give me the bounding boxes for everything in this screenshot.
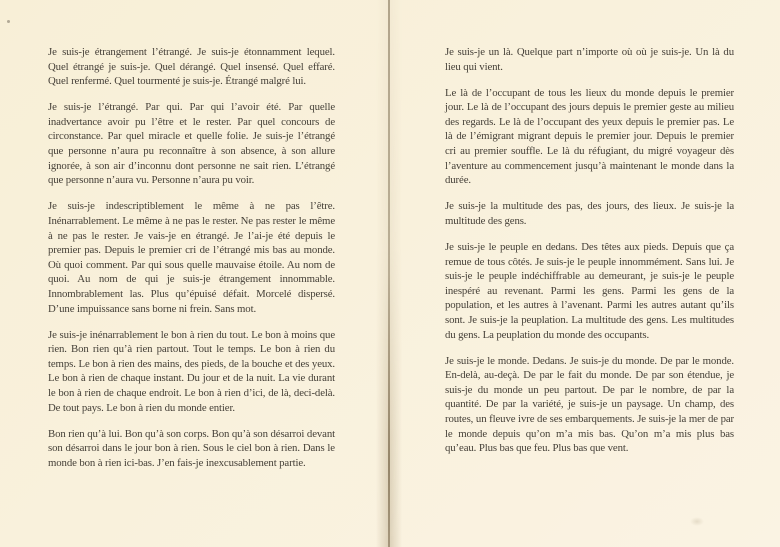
right-page-paragraph-2: Le là de l’occupant de tous les lieux du…: [445, 86, 734, 188]
left-page-paragraph-5: Bon rien qu’à lui. Bon qu’à son corps. B…: [48, 427, 335, 471]
left-page-paragraph-2: Je suis-je l’étrangé. Par qui. Par qui l…: [48, 100, 335, 188]
left-page-paragraph-3: Je suis-je indescriptiblement le même à …: [48, 199, 335, 316]
left-page-paragraph-1: Je suis-je étrangement l’étrangé. Je sui…: [48, 45, 335, 89]
right-page: Je suis-je un là. Quelque part n’importe…: [445, 45, 734, 456]
scan-speck: [7, 20, 10, 23]
right-page-paragraph-1: Je suis-je un là. Quelque part n’importe…: [445, 45, 734, 74]
left-page-paragraph-4: Je suis-je inénarrablement le bon à rien…: [48, 328, 335, 416]
right-page-paragraph-4: Je suis-je le peuple en dedans. Des tête…: [445, 240, 734, 342]
gutter-crease-line: [388, 0, 390, 547]
right-page-paragraph-3: Je suis-je la multitude des pas, des jou…: [445, 199, 734, 228]
gutter-shadow: [376, 0, 402, 547]
right-page-paragraph-5: Je suis-je le monde. Dedans. Je suis-je …: [445, 354, 734, 456]
left-page: Je suis-je étrangement l’étrangé. Je sui…: [48, 45, 335, 470]
scan-smudge: [690, 517, 704, 526]
book-spread: Je suis-je étrangement l’étrangé. Je sui…: [0, 0, 780, 547]
